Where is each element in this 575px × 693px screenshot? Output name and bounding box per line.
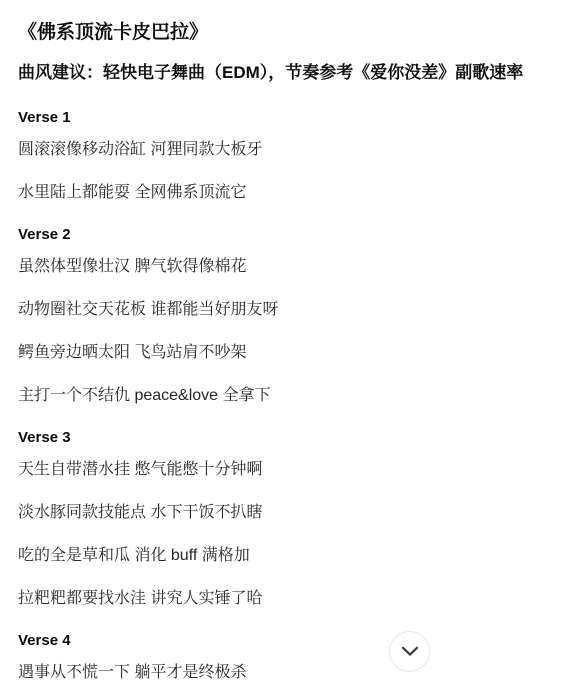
verse-3-heading: Verse 3 [18,428,557,448]
lyric-line: 鳄鱼旁边晒太阳 飞鸟站肩不吵架 [18,342,557,364]
verse-4-heading: Verse 4 [18,631,557,651]
lyric-line: 天生自带潜水挂 憋气能憋十分钟啊 [18,459,557,481]
style-suggestion: 曲风建议：轻快电子舞曲（EDM），节奏参考《爱你没差》副歌速率 [18,61,557,84]
lyric-line: 虽然体型像壮汉 脾气软得像棉花 [18,256,557,278]
scroll-to-bottom-button[interactable] [389,631,430,672]
verse-2-heading: Verse 2 [18,225,557,245]
lyric-line: 动物圈社交天花板 谁都能当好朋友呀 [18,299,557,321]
lyric-line: 淡水豚同款技能点 水下干饭不扒瞎 [18,502,557,524]
lyric-line: 圆滚滚像移动浴缸 河狸同款大板牙 [18,139,557,161]
lyric-line: 拉粑粑都要找水洼 讲究人实锤了哈 [18,588,557,610]
chevron-down-icon [401,646,419,657]
lyrics-page: 《佛系顶流卡皮巴拉》 曲风建议：轻快电子舞曲（EDM），节奏参考《爱你没差》副歌… [0,0,575,684]
lyric-line: 吃的全是草和瓜 消化 buff 满格加 [18,545,557,567]
song-title: 《佛系顶流卡皮巴拉》 [18,20,557,46]
verse-1-heading: Verse 1 [18,108,557,128]
lyric-line: 主打一个不结仇 peace&love 全拿下 [18,385,557,407]
lyric-line: 遇事从不慌一下 躺平才是终极杀 [18,662,557,684]
lyric-line: 水里陆上都能耍 全网佛系顶流它 [18,182,557,204]
